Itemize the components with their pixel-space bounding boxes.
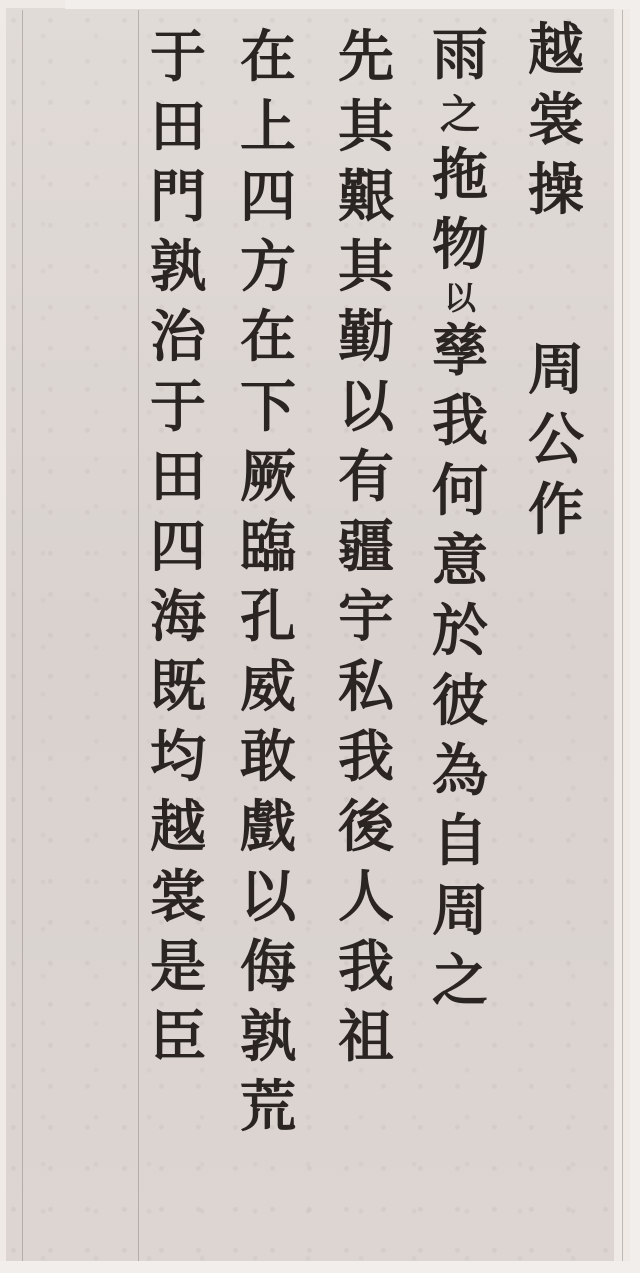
char: 在 — [240, 22, 296, 92]
char: 有 — [338, 442, 394, 512]
attribution-char: 周 — [528, 335, 584, 405]
char: 其 — [338, 92, 394, 162]
title-char: 越 — [528, 15, 584, 85]
char: 威 — [240, 652, 296, 722]
paper-sheet — [6, 8, 614, 1263]
char: 後 — [338, 792, 394, 862]
char: 臣 — [150, 1002, 206, 1072]
char: 自 — [432, 806, 488, 876]
char: 海 — [150, 582, 206, 652]
char: 何 — [432, 456, 488, 526]
char: 疆 — [338, 512, 394, 582]
attribution-char: 作 — [528, 475, 584, 545]
char: 孰 — [240, 1002, 296, 1072]
char: 私 — [338, 652, 394, 722]
char: 于 — [150, 22, 206, 92]
char: 雨 — [432, 20, 488, 90]
char: 治 — [150, 302, 206, 372]
char: 越 — [150, 792, 206, 862]
char: 上 — [240, 92, 296, 162]
text-column-5: 于 田 門 孰 治 于 田 四 海 既 均 越 裳 是 臣 — [150, 22, 206, 1072]
column-rule — [138, 10, 139, 1261]
char: 在 — [240, 302, 296, 372]
bottom-margin — [0, 1261, 640, 1273]
char: 既 — [150, 652, 206, 722]
char: 人 — [338, 862, 394, 932]
char: 門 — [150, 162, 206, 232]
char: 以 — [444, 280, 476, 316]
char: 我 — [338, 932, 394, 1002]
char: 意 — [432, 526, 488, 596]
char: 宇 — [338, 582, 394, 652]
char: 拖 — [432, 140, 488, 210]
char: 田 — [150, 442, 206, 512]
char: 之 — [440, 90, 480, 140]
char: 艱 — [338, 162, 394, 232]
char: 孳 — [432, 316, 488, 386]
text-column-3: 先 其 艱 其 勤 以 有 疆 宇 私 我 後 人 我 祖 — [338, 22, 394, 1072]
char: 厥 — [240, 442, 296, 512]
char: 為 — [432, 736, 488, 806]
top-margin — [65, 0, 635, 9]
text-column-4: 在 上 四 方 在 下 厥 臨 孔 威 敢 戲 以 侮 孰 荒 — [240, 22, 296, 1142]
char: 物 — [432, 210, 488, 280]
attribution-char: 公 — [528, 405, 584, 475]
char: 孔 — [240, 582, 296, 652]
char: 是 — [150, 932, 206, 1002]
char: 臨 — [240, 512, 296, 582]
left-border-rule — [22, 10, 23, 1261]
char: 方 — [240, 232, 296, 302]
char: 荒 — [240, 1072, 296, 1142]
char: 周 — [432, 876, 488, 946]
char: 我 — [338, 722, 394, 792]
text-column-2: 雨 之 拖 物 以 孳 我 何 意 於 彼 為 自 周 之 — [432, 20, 488, 1016]
char: 均 — [150, 722, 206, 792]
char: 戲 — [240, 792, 296, 862]
char: 於 — [432, 596, 488, 666]
title-char: 裳 — [528, 85, 584, 155]
char: 以 — [240, 862, 296, 932]
char: 勤 — [338, 302, 394, 372]
char: 裳 — [150, 862, 206, 932]
char: 彼 — [432, 666, 488, 736]
char: 以 — [338, 372, 394, 442]
char: 下 — [240, 372, 296, 442]
column-title: 越 裳 操 周 公 作 — [528, 15, 584, 545]
char: 之 — [432, 946, 488, 1016]
char: 田 — [150, 92, 206, 162]
char: 敢 — [240, 722, 296, 792]
char: 四 — [240, 162, 296, 232]
char: 祖 — [338, 1002, 394, 1072]
right-border-rule — [622, 10, 623, 1261]
char: 孰 — [150, 232, 206, 302]
right-margin — [630, 0, 640, 1273]
char: 我 — [432, 386, 488, 456]
char: 先 — [338, 22, 394, 92]
char: 侮 — [240, 932, 296, 1002]
title-char: 操 — [528, 155, 584, 225]
char: 四 — [150, 512, 206, 582]
char: 于 — [150, 372, 206, 442]
char: 其 — [338, 232, 394, 302]
